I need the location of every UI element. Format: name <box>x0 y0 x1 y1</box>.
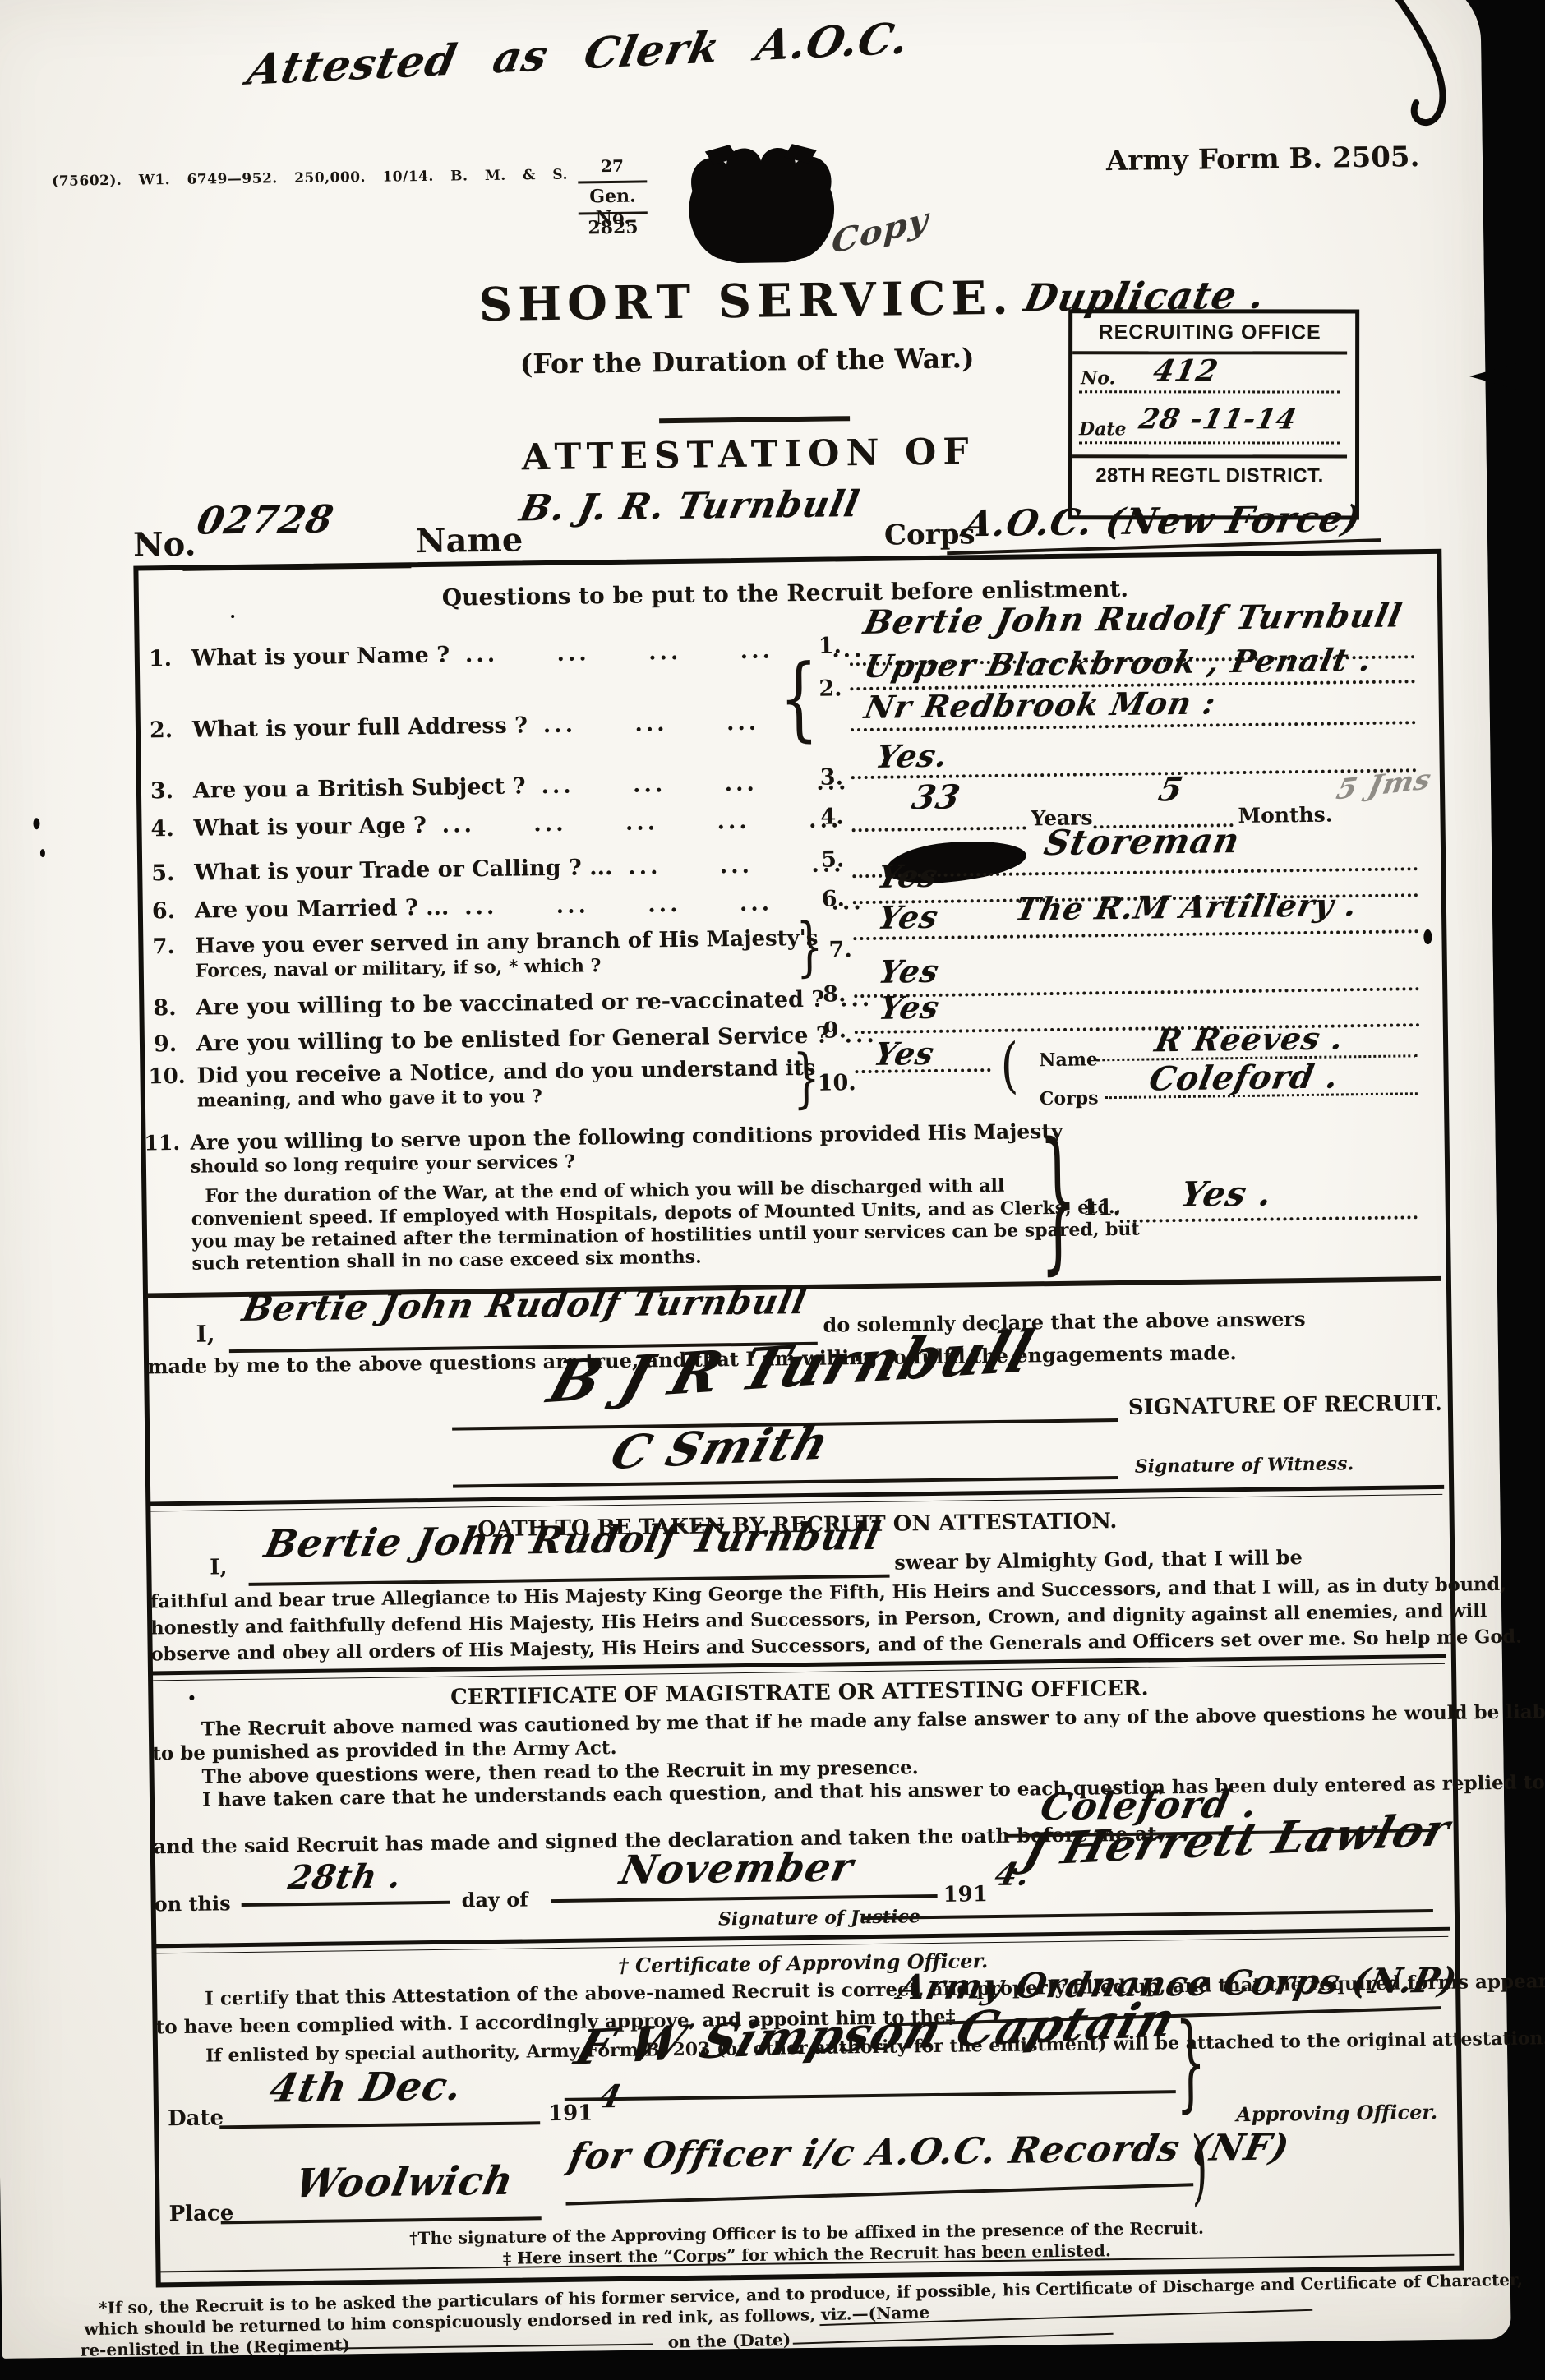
scanned-document-page: { "annotations": { "attested": "Attested… <box>0 0 1545 2380</box>
q4-dots: ... ... ... ... ... <box>441 807 842 837</box>
witness-signature: C Smith <box>606 1420 835 1477</box>
q7-no: 7. <box>152 934 195 961</box>
answer-5: Storeman <box>1041 823 1243 860</box>
recruit-no-value: 02728 <box>194 500 337 539</box>
speck-2 <box>40 849 45 857</box>
print-code: (75602). W1. 6749—952. 250,000. 10/14. B… <box>52 167 568 191</box>
copy-annotation: Copy <box>832 204 929 260</box>
paper-page: Attested as Clerk A.O.C. (75602). W1. 67… <box>0 0 1511 2359</box>
oath-name: Bertie John Rudolf Turnbull <box>261 1517 883 1563</box>
answer-8-no: 8. <box>823 981 846 1008</box>
recruit-name-value: B. J. R. Turnbull <box>517 487 863 528</box>
declaration-name: Bertie John Rudolf Turnbull <box>239 1285 809 1326</box>
title-rule <box>659 416 850 423</box>
q2-no: 2. <box>150 717 192 745</box>
declaration-i: I, <box>196 1320 214 1348</box>
q5-no: 5. <box>151 860 194 888</box>
stamp-date-value: 28 -11-14 <box>1137 405 1299 433</box>
stamp-rule-2 <box>1072 454 1347 458</box>
q11-no: 11. <box>144 1131 190 1156</box>
answer-10-no: 10. <box>817 1070 856 1097</box>
q6-no: 6. <box>152 898 195 925</box>
records-office-signature: for Officer i/c A.O.C. Records (NF) <box>565 2129 1293 2175</box>
bottom-note-date-line <box>793 2333 1114 2345</box>
attested-annotation: Attested as Clerk A.O.C. <box>244 17 913 91</box>
speck-1 <box>33 818 39 829</box>
gen-no-top: 27 <box>578 155 647 176</box>
q6-text: Are you Married ? ... <box>195 895 450 924</box>
q7-brace: } <box>796 916 823 980</box>
q10-brace: } <box>792 1047 820 1111</box>
q1-text: What is your Name ? <box>191 643 450 671</box>
answer-3-no: 3. <box>820 764 844 791</box>
stamp-date-line <box>1079 441 1340 444</box>
gen-no-rule-1 <box>578 180 647 183</box>
answer-4-no: 4. <box>820 804 844 831</box>
q2-brace: { <box>779 653 819 745</box>
stamp-district: 28TH REGTL DISTRICT. <box>1072 464 1347 488</box>
bottom-note-regiment-line <box>330 2344 653 2350</box>
q8-no: 8. <box>153 995 196 1022</box>
notice-name-label: Name <box>1039 1049 1098 1071</box>
stamp-date-label: Date <box>1079 418 1127 440</box>
answer-2-line1: Upper Blackbrook , Penalt . <box>861 644 1375 682</box>
answer-2-line2: Nr Redbrook Mon : <box>862 687 1219 723</box>
q5-dots: ... ... ... <box>628 851 845 879</box>
stamp-no-line <box>1079 390 1340 393</box>
speck-4 <box>231 615 234 618</box>
answer-5-no: 5. <box>821 846 845 874</box>
stamp-no-value: 412 <box>1151 356 1221 385</box>
months-label: Months. <box>1238 803 1332 829</box>
witness-signature-label: Signature of Witness. <box>1135 1453 1354 1478</box>
recruit-signature-label: SIGNATURE OF RECRUIT. <box>1128 1391 1442 1421</box>
notice-corps-value: Coleford . <box>1146 1060 1342 1095</box>
royal-crest-stamp <box>680 141 843 264</box>
notice-corps-label: Corps <box>1040 1087 1099 1109</box>
answer-11-no: 11. <box>1081 1195 1120 1222</box>
q9-no: 9. <box>154 1031 196 1059</box>
gen-no-value: 2825 <box>579 216 648 238</box>
q10-answer-brace: ( <box>1000 1036 1019 1096</box>
stamp-no-label: No. <box>1081 367 1115 389</box>
bottom-note-line3b: on the (Date) <box>667 2330 791 2352</box>
approving-brace: } <box>1174 2009 1206 2115</box>
answer-1-no: 1. <box>819 633 842 660</box>
stamp-title: RECRUITING OFFICE <box>1072 320 1347 344</box>
oath-month: November <box>617 1847 857 1890</box>
q3-no: 3. <box>150 778 193 805</box>
answer-9: Yes <box>877 992 943 1024</box>
recruit-corps-value: A.O.C. (New Force) <box>961 501 1364 542</box>
recruit-name-label: Name <box>416 520 523 561</box>
answer-10: Yes <box>871 1038 937 1070</box>
approving-officer-label: Approving Officer. <box>1236 2101 1437 2127</box>
answer-4-years: 33 <box>909 781 963 814</box>
answer-3: Yes. <box>874 740 951 773</box>
answer-8: Yes <box>876 956 942 988</box>
q2-text: What is your full Address ? <box>192 713 528 742</box>
answer-9-no: 9. <box>823 1017 847 1045</box>
army-form-number: Army Form B. 2505. <box>1106 141 1420 178</box>
date-label: Date <box>168 2106 224 2132</box>
answer-7: Yes <box>875 902 941 934</box>
question-10-line2: meaning, and who gave it to you ? <box>197 1086 542 1112</box>
q5-text: What is your Trade or Calling ? ... <box>194 855 613 886</box>
scan-edge-notch <box>1469 363 1517 390</box>
place-value: Woolwich <box>292 2161 516 2204</box>
q4-no: 4. <box>150 816 193 843</box>
recruit-no-label: No. <box>133 525 196 565</box>
answer-6: Yes <box>875 860 941 892</box>
year-printed: 191 <box>943 1882 988 1908</box>
answer-1: Bertie John Rudolf Turnbull <box>861 599 1405 639</box>
answer-7-detail: The R.M Artillery . <box>1012 889 1360 925</box>
q1-no: 1. <box>149 646 191 673</box>
speck-5 <box>1423 929 1432 944</box>
bottom-note-line3a: re-enlisted in the (Regiment) <box>81 2335 351 2360</box>
answer-2-no: 2. <box>819 676 842 703</box>
notice-name-value: R Reeves . <box>1152 1022 1346 1056</box>
q10-no: 10. <box>148 1064 196 1091</box>
on-this-label: on this <box>154 1892 231 1916</box>
q4-text: What is your Age ? <box>193 813 427 842</box>
q11-brace: } <box>1038 1122 1077 1276</box>
q2-dots: ... ... ... <box>543 710 760 738</box>
answer-6-no: 6. <box>822 886 846 913</box>
q3-dots: ... ... ... ... <box>541 769 849 799</box>
oath-day: 28th . <box>286 1860 405 1894</box>
q9-dots: ... <box>844 1022 878 1049</box>
day-of-label: day of <box>461 1888 528 1912</box>
approving-year-printed: 191 <box>548 2101 593 2127</box>
speck-3 <box>189 1695 194 1700</box>
answer-7-no: 7. <box>828 937 852 964</box>
oath-i: I, <box>210 1555 228 1580</box>
answer-11: Yes . <box>1178 1176 1275 1212</box>
recruiting-office-stamp: RECRUITING OFFICE No. 412 Date 28 -11-14… <box>1068 309 1359 519</box>
records-brace: ) <box>1191 2126 1208 2208</box>
q3-text: Are you a British Subject ? <box>193 773 526 803</box>
pen-hook-mark <box>1383 0 1483 139</box>
date-value: 4th Dec. <box>266 2066 466 2108</box>
